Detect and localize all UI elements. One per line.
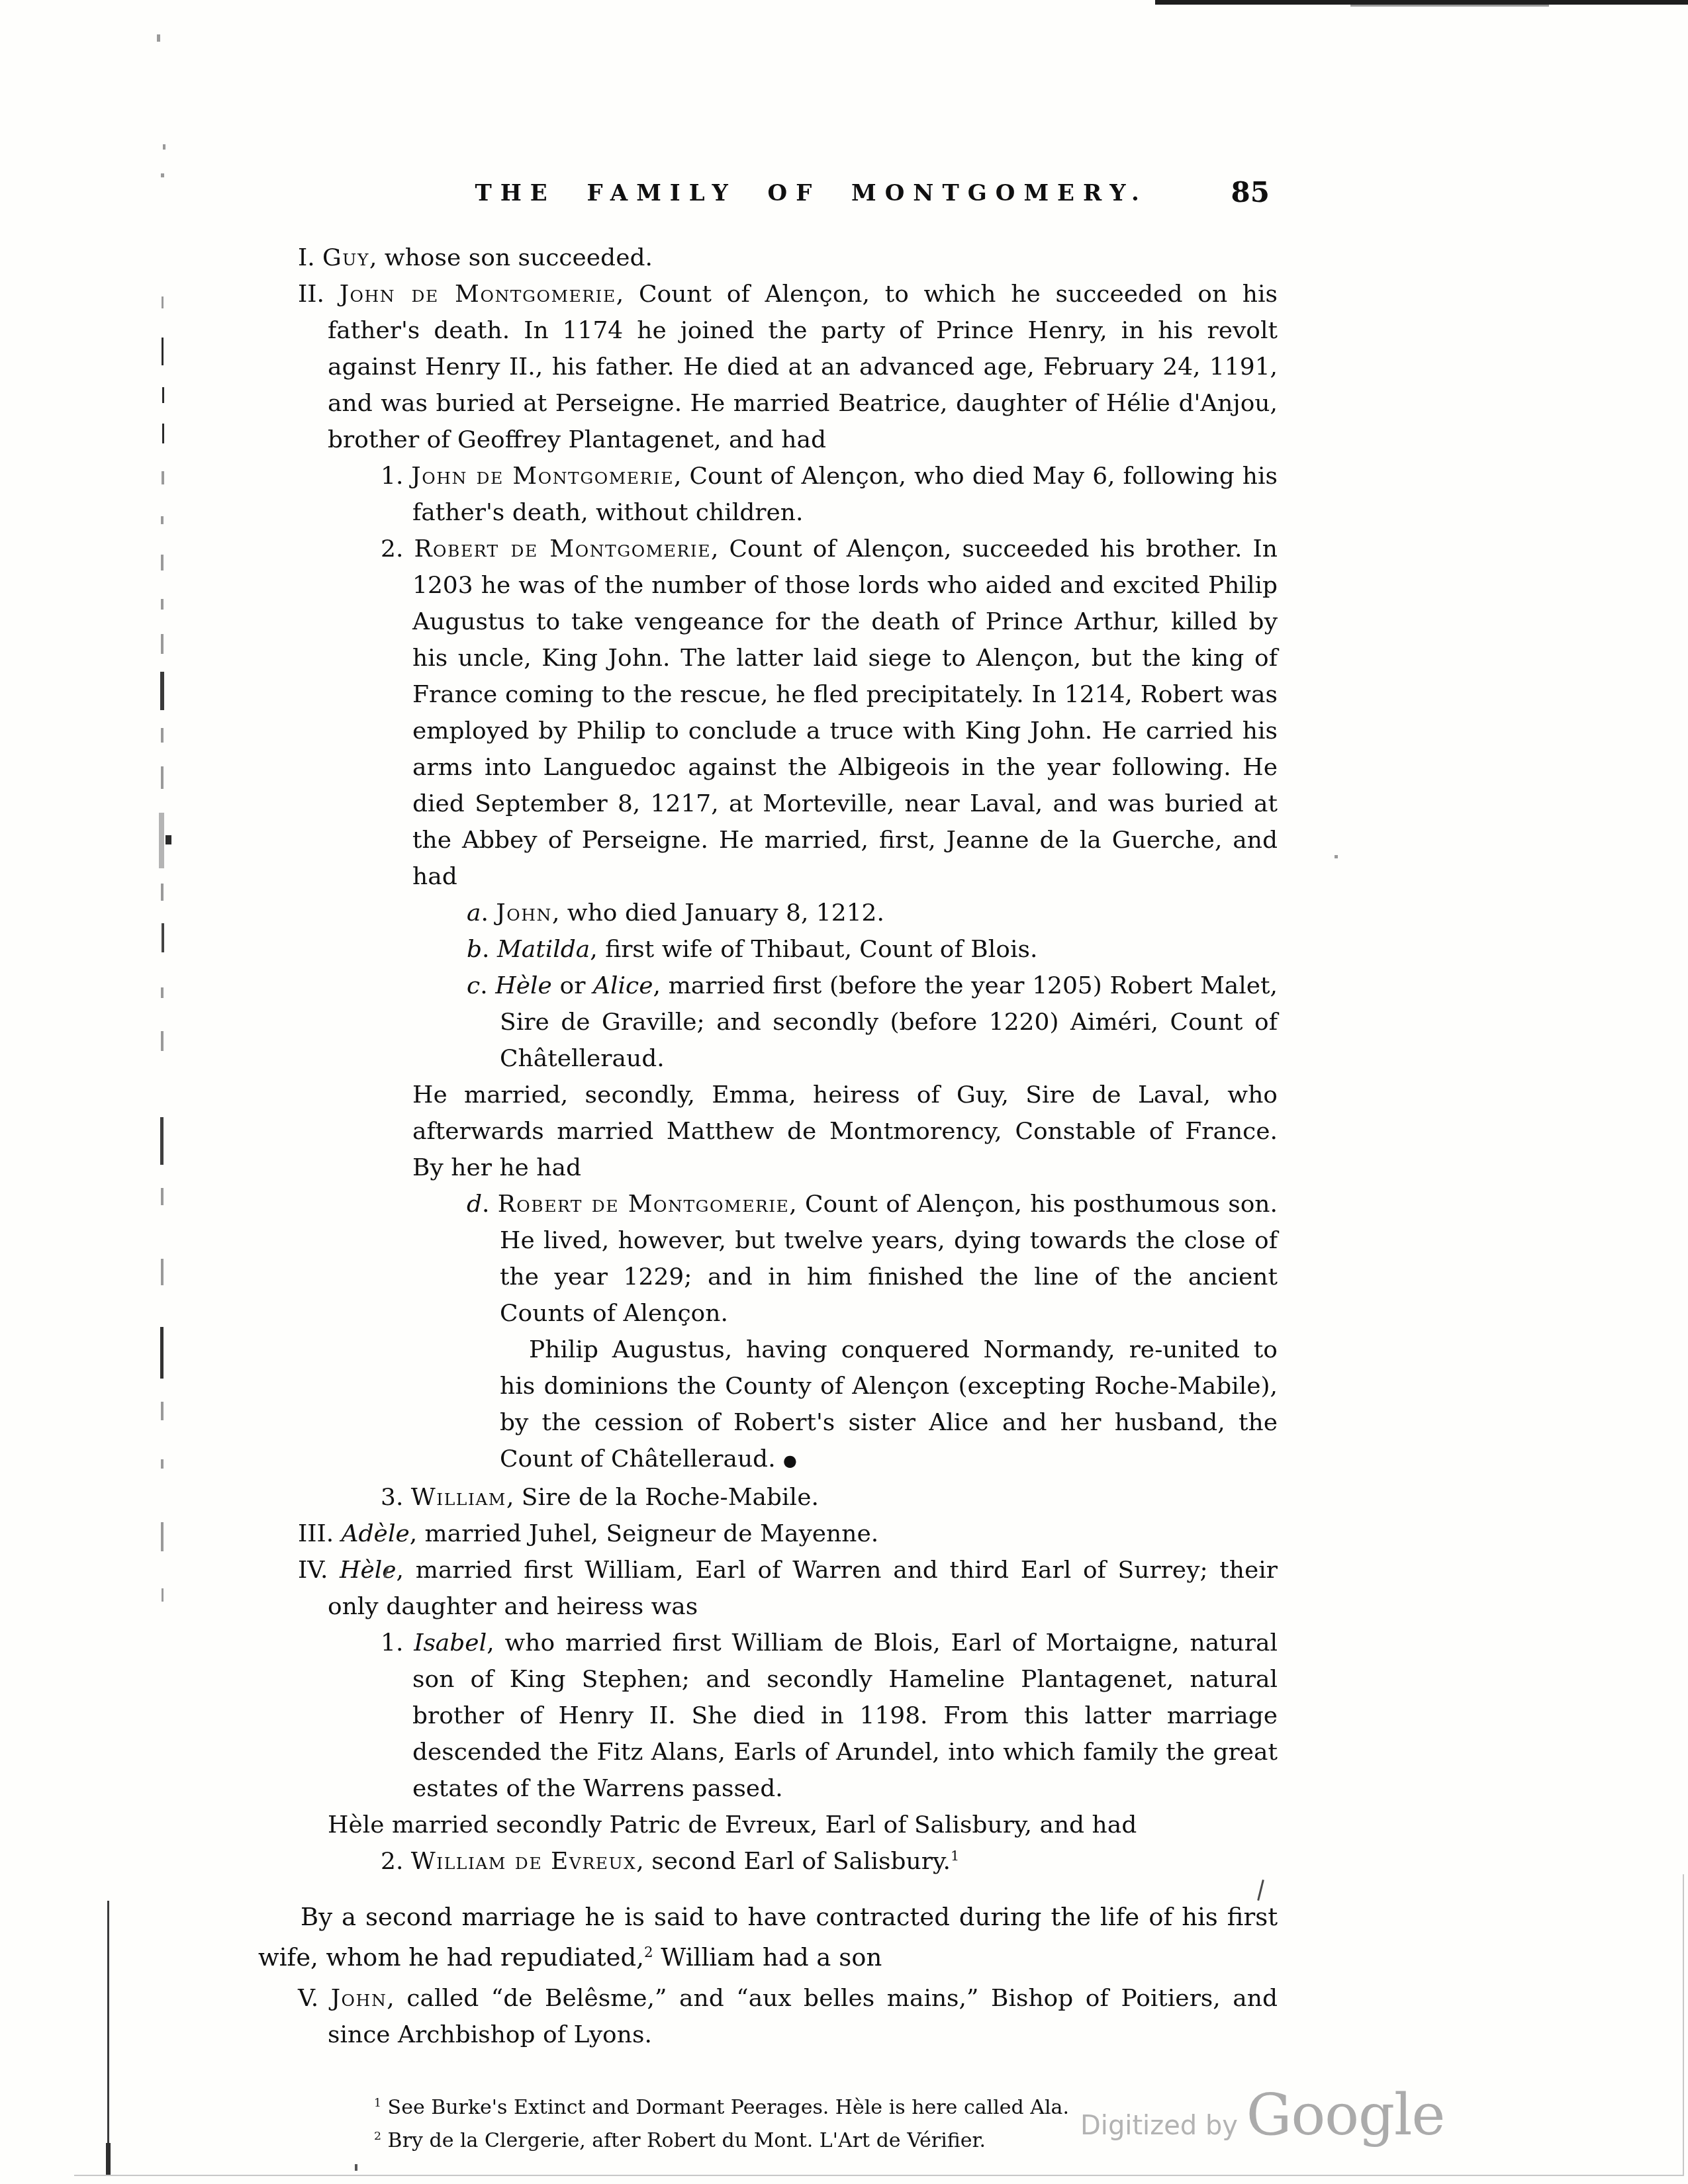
scan-artifact-corner-dot: [157, 34, 160, 42]
google-logo: Google: [1246, 2082, 1445, 2148]
text-block: I. Guy, whose son succeeded.II. John de …: [291, 240, 1278, 2158]
scan-artifact-top-rule-2: [1350, 5, 1549, 7]
scan-artifact-dash: [162, 338, 164, 365]
scan-artifact-blob: [159, 813, 164, 868]
paragraph: a. John, who died January 8, 1212.: [467, 895, 1278, 931]
scan-artifact-dash: [162, 424, 164, 443]
scan-artifact-dash: [161, 555, 164, 570]
paragraph: 3. William, Sire de la Roche-Mabile.: [381, 1479, 1278, 1516]
scan-artifact-dash: [162, 387, 164, 403]
scan-artifact-left-edge-line: [107, 1901, 109, 2173]
paragraph-list: I. Guy, whose son succeeded.II. John de …: [291, 240, 1278, 2053]
scan-artifact-dash: [161, 1522, 164, 1551]
paragraph: II. John de Montgomerie, Count of Alenço…: [298, 276, 1278, 458]
scan-artifact-dash: [161, 1459, 164, 1469]
scan-artifact-dash: [162, 471, 164, 484]
scan-artifact-dash: [160, 672, 164, 710]
scan-artifact-dash: [160, 1327, 164, 1379]
paragraph: I. Guy, whose son succeeded.: [298, 240, 1278, 276]
scan-artifact-dot-4: [1335, 855, 1338, 858]
paragraph: 2. Robert de Montgomerie, Count of Alenç…: [381, 531, 1278, 895]
page-title: THE FAMILY OF MONTGOMERY.: [475, 180, 1147, 206]
scan-artifact-dash: [161, 1188, 164, 1205]
scan-artifact-left-edge-foot: [106, 2143, 111, 2175]
scan-artifact-dash: [161, 728, 164, 743]
paragraph: IV. Hèle, married first William, Earl of…: [298, 1552, 1278, 1625]
scan-artifact-right-edge: [1683, 1874, 1684, 2176]
paragraph: III. Adèle, married Juhel, Seigneur de M…: [298, 1516, 1278, 1552]
paragraph: d. Robert de Montgomerie, Count of Alenç…: [467, 1186, 1278, 1332]
scan-artifact-dot-3: [161, 173, 164, 177]
paragraph: 1. Isabel, who married first William de …: [381, 1625, 1278, 1807]
paragraph: V. John, called “de Belêsme,” and “aux b…: [298, 1980, 1278, 2053]
scan-artifact-dash: [161, 1031, 164, 1051]
digitized-by-label: Digitized by: [1080, 2111, 1246, 2141]
paragraph: 1. John de Montgomerie, Count of Alençon…: [381, 458, 1278, 531]
scan-artifact-dash: [161, 516, 164, 524]
scan-artifact-dash: [161, 1402, 164, 1420]
scan-artifact-dot-5: [355, 2164, 357, 2171]
scan-artifact-bottom-edge: [74, 2175, 1684, 2176]
scan-artifact-dash: [160, 1117, 164, 1165]
paragraph: Hèle married secondly Patric de Evreux, …: [328, 1807, 1278, 1843]
scan-artifact-dash: [161, 766, 164, 789]
paragraph: Philip Augustus, having conquered Norman…: [500, 1332, 1278, 1479]
scan-artifact-top-rule: [1155, 0, 1688, 5]
page-number: 85: [1231, 176, 1270, 208]
scanned-book-page: THE FAMILY OF MONTGOMERY. 85 I. Guy, who…: [0, 0, 1688, 2184]
scan-artifact-dash: [162, 1588, 164, 1602]
paragraph: b. Matilda, first wife of Thibaut, Count…: [467, 931, 1278, 968]
paragraph: He married, secondly, Emma, heiress of G…: [412, 1077, 1278, 1186]
scan-artifact-dash: [162, 296, 164, 308]
watermark: Digitized by Google: [1080, 2082, 1444, 2148]
scan-artifact-dash: [161, 884, 164, 901]
paragraph: 2. William de Evreux, second Earl of Sal…: [381, 1843, 1278, 1880]
scan-artifact-dot-2: [163, 144, 165, 150]
paragraph: By a second marriage he is said to have …: [258, 1897, 1278, 1978]
running-head: THE FAMILY OF MONTGOMERY. 85: [291, 180, 1278, 220]
scan-artifact-dash: [161, 599, 164, 610]
scan-artifact-dash: [161, 634, 164, 654]
scan-artifact-dash: [161, 987, 164, 998]
paragraph: c. Hèle or Alice, married first (before …: [467, 968, 1278, 1077]
scan-artifact-dash: [162, 923, 164, 952]
scan-artifact-dash: [165, 835, 171, 844]
scan-artifact-dash: [161, 1259, 164, 1285]
